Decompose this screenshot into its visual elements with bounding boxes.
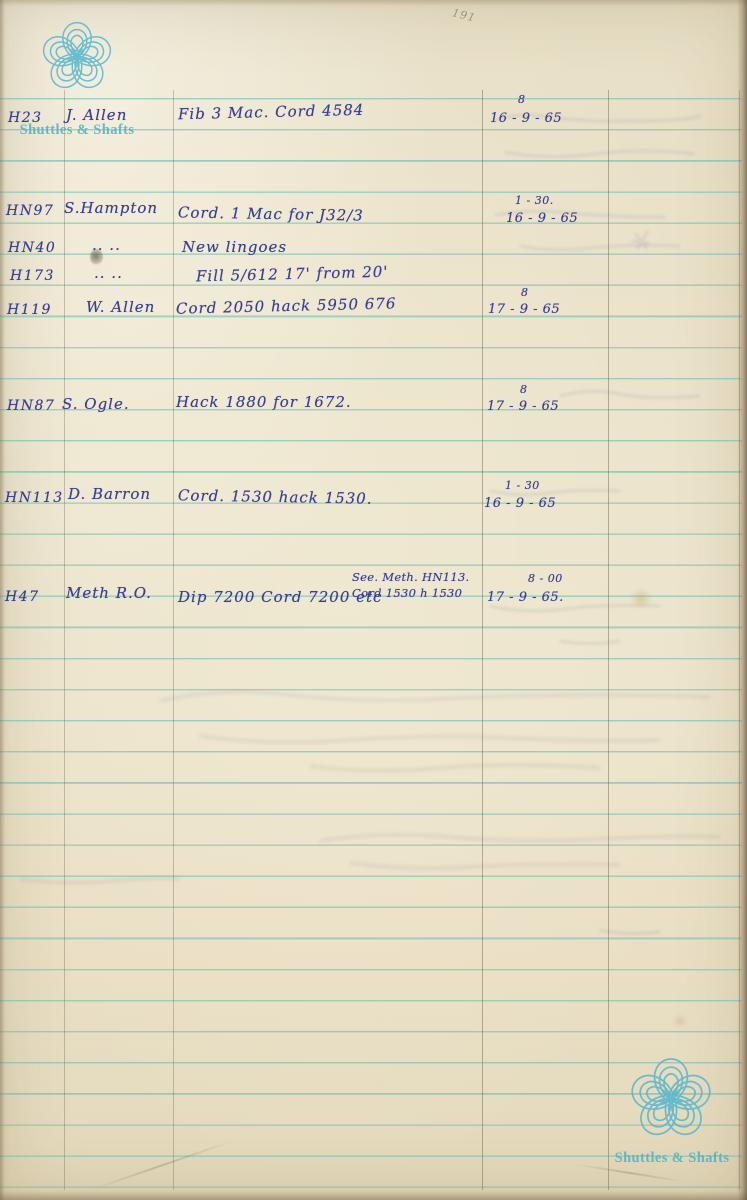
entry-time: 8: [518, 93, 526, 106]
entry-note-line2: Cord 1530 h 1530: [352, 586, 462, 600]
ink-blot-stain: [90, 249, 103, 265]
entry-ref: H47: [5, 589, 40, 605]
entry-time: 8: [520, 383, 528, 396]
entry-name: Meth R.O.: [66, 584, 152, 602]
entry-date: 16 - 9 - 65: [490, 111, 562, 126]
page-edge-right: [737, 0, 747, 1200]
entry-date: 16 - 9 - 65: [506, 211, 578, 226]
entry-description: New lingoes: [182, 238, 287, 256]
entry-ref: H119: [7, 302, 52, 318]
entry-name: S. Ogle.: [62, 395, 130, 413]
page-edge-top: [0, 0, 747, 6]
entry-ref: HN113: [5, 490, 64, 506]
entry-note-line1: See. Meth. HN113.: [352, 570, 470, 584]
page-edge-bottom: [0, 1191, 747, 1200]
entry-ref: H23: [8, 110, 43, 126]
entry-time: 8 - 00: [528, 572, 563, 585]
shuttles-shafts-logo-icon: [628, 1056, 714, 1142]
entry-description: Cord. 1530 hack 1530.: [178, 486, 373, 507]
entry-ref: H173: [10, 268, 55, 284]
watermark-text: Shuttles & Shafts: [592, 1150, 747, 1167]
entry-time: 8: [521, 286, 529, 299]
entry-description: Cord. 1 Mac for J32/3: [178, 203, 364, 224]
paper-stain: [628, 590, 654, 607]
ledger-page: Shuttles & Shafts Shuttles & Shafts 191 …: [0, 0, 747, 1200]
entry-date: 17 - 9 - 65: [488, 302, 560, 317]
entry-date: 16 - 9 - 65: [484, 496, 556, 511]
entry-name: W. Allen: [86, 298, 155, 316]
entry-time: 1 - 30.: [515, 194, 554, 207]
entry-date: 17 - 9 - 65: [487, 399, 559, 414]
entry-ref: HN40: [8, 240, 56, 256]
paper-stain: [672, 1016, 688, 1026]
entry-ref: HN97: [6, 203, 54, 219]
entry-name: J. Allen: [66, 106, 127, 124]
entry-description: Hack 1880 for 1672.: [176, 393, 352, 411]
entry-time: 1 - 30: [505, 479, 540, 492]
watermark-bottom-right: Shuttles & Shafts: [628, 1056, 747, 1167]
entry-name: S.Hampton: [64, 199, 158, 217]
page-edge-left: [0, 0, 5, 1200]
entry-date: 17 - 9 - 65.: [487, 590, 564, 605]
shuttles-shafts-logo-icon: [40, 10, 114, 104]
entry-ref: HN87: [7, 398, 55, 414]
entry-name-ditto: .. ..: [94, 264, 123, 282]
entry-name: D. Barron: [68, 485, 151, 503]
